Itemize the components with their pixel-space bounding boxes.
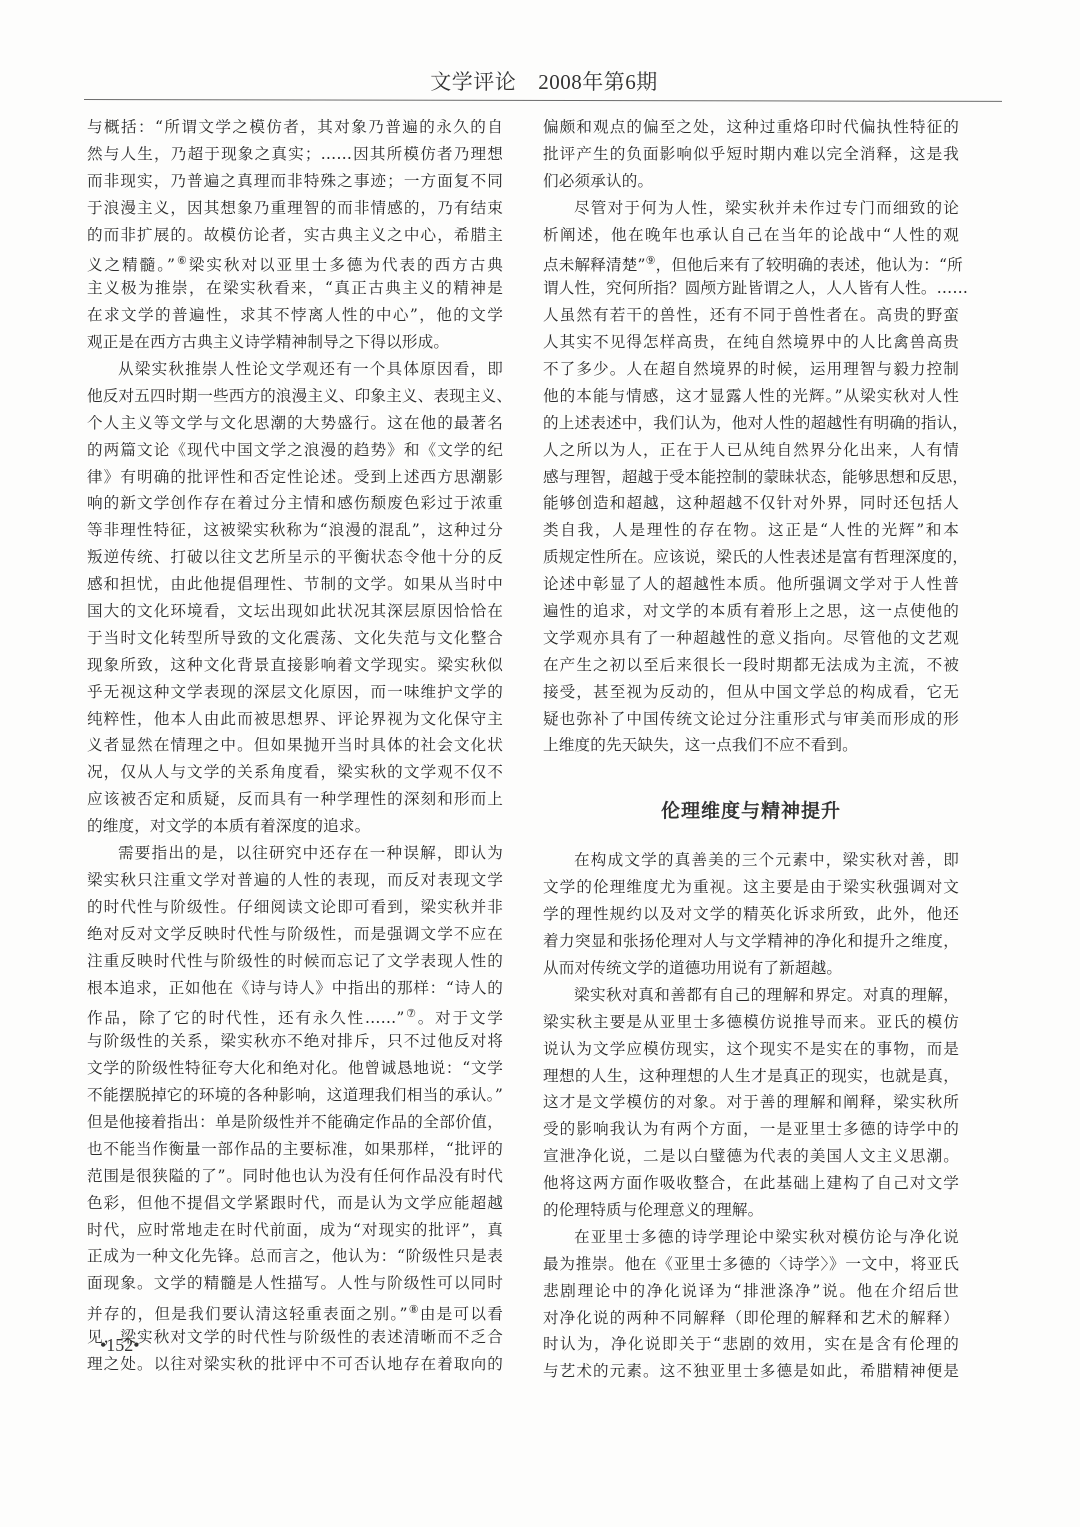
text-line: 注重反映时代性与阶级性的时候而忘记了文学表现人性的 (87, 948, 503, 975)
running-header: 文学评论2008年第6期 (84, 0, 1004, 106)
text-line: 他的本能与情感，这才显露人性的光辉。”从梁实秋对人性 (543, 383, 959, 410)
text-line: 偏颇和观点的偏至之处，这种过重烙印时代偏执性特征的 (543, 114, 959, 141)
footnote-marker: ⑥ (175, 254, 189, 267)
text-line: 的两篇文论《现代中国文学之浪漫的趋势》和《文学的纪 (87, 437, 503, 464)
text-line: 质规定性所在。应该说，梁氏的人性表述是富有哲理深度的， (543, 544, 959, 571)
text-line: 宣泄净化说，二是以白璧德为代表的美国人文主义思潮。 (543, 1143, 959, 1170)
right-column-body-after-heading: 在构成文学的真善美的三个元素中，梁实秋对善，即文学的伦理维度尤为重视。这主要是由… (543, 847, 959, 1385)
text-line: 与艺术的元素。这不独亚里士多德是如此，希腊精神便是 (543, 1358, 959, 1385)
text-line: 从而对传统文学的道德功用说有了新超越。 (543, 955, 959, 982)
journal-name: 文学评论 (430, 70, 516, 94)
text-line: 在亚里士多德的诗学理论中梁实秋对模仿论与净化说 (543, 1224, 959, 1251)
journal-issue: 2008年第6期 (538, 70, 658, 94)
footnote-marker: ⑧ (408, 1303, 420, 1316)
text-line: 应该被否定和质疑，反而具有一种学理性的深刻和形而上 (87, 786, 503, 813)
text-line: 们必须承认的。 (543, 168, 959, 195)
text-line: 感与理智，超越于受本能控制的蒙昧状态，能够思想和反思， (543, 464, 959, 491)
text-line: 人虽然有若干的兽性，还有不同于兽性者在。高贵的野蛮 (543, 302, 959, 329)
text-line: 律》有明确的批评性和否定性论述。受到上述西方思潮影 (87, 464, 503, 491)
text-line: 但是他接着指出：单是阶级性并不能确定作品的全部价值， (87, 1109, 503, 1136)
text-line: 析阐述，他在晚年也承认自己在当年的论战中“人性的观 (543, 222, 959, 249)
text-line: 也不能当作衡量一部作品的主要标准，如果那样，“批评的 (87, 1136, 503, 1163)
text-line: 尽管对于何为人性，梁实秋并未作过专门而细致的论 (543, 195, 959, 222)
text-line: 等非理性特征，这被梁实秋称为“浪漫的混乱”，这种过分 (87, 517, 503, 544)
text-line: 类自我，人是理性的存在物。这正是“人性的光辉”和本 (543, 517, 959, 544)
text-line: 乎无视这种文学表现的深层文化原因，而一味维护文学的 (87, 679, 503, 706)
header-divider (84, 99, 1002, 102)
text-line: 与阶级性的关系，梁实秋亦不绝对排斥，只不过他反对将 (87, 1028, 503, 1055)
right-text-column: 偏颇和观点的偏至之处，这种过重烙印时代偏执性特征的批评产生的负面影响似乎短时期内… (543, 114, 959, 1385)
text-line: 时代，应时常地走在时代前面，成为“对现实的批评”，真 (87, 1217, 503, 1244)
left-text-column: 与概括：“所谓文学之模仿者，其对象乃普遍的永久的自然与人生，乃超于现象之真实；…… (87, 114, 503, 1378)
text-line: 于浪漫主义，因其想象乃重理智的而非情感的，乃有结束 (87, 195, 503, 222)
text-line: 感和担忧，由此他提倡理性、节制的文学。如果从当时中 (87, 571, 503, 598)
text-line: 疑也弥补了中国传统文论过分注重形式与审美而形成的形 (543, 706, 959, 733)
text-line: 观正是在西方古典主义诗学精神制导之下得以形成。 (87, 329, 503, 356)
text-line: 义者显然在情理之中。但如果抛开当时具体的社会文化状 (87, 732, 503, 759)
text-line: 说认为文学应模仿现实，这个现实不是实在的事物，而是 (543, 1036, 959, 1063)
text-line: 文学观亦具有了一种超越性的意义指向。尽管他的文艺观 (543, 625, 959, 652)
text-line: 批评产生的负面影响似乎短时期内难以完全消释，这是我 (543, 141, 959, 168)
text-line: 遍性的追求，对文学的本质有着形上之思，这一点使他的 (543, 598, 959, 625)
text-line: 上维度的先天缺失，这一点我们不应不看到。 (543, 732, 959, 759)
text-line: 在构成文学的真善美的三个元素中，梁实秋对善，即 (543, 847, 959, 874)
text-line: 学的理性规约以及对文学的精英化诉求所致，此外，他还 (543, 901, 959, 928)
text-line: 这才是文学模仿的对象。对于善的理解和阐释，梁实秋所 (543, 1089, 959, 1116)
text-line: 作品，除了它的时代性，还有永久性……”⑦。对于文学 (87, 1001, 503, 1028)
text-line: 的而非扩展的。故模仿论者，实古典主义之中心，希腊主 (87, 222, 503, 249)
text-line: 的上述表述中，我们认为，他对人性的超越性有明确的指认， (543, 410, 959, 437)
text-line: 梁实秋只注重文学对普遍的人性的表现，而反对表现文学 (87, 867, 503, 894)
text-line: 叛逆传统、打破以往文艺所呈示的平衡状态令他十分的反 (87, 544, 503, 571)
text-line: 不了多少。人在超自然境界的时候，运用理智与毅力控制 (543, 356, 959, 383)
text-line: 个人主义等文学与文化思潮的大势盛行。这在他的最著名 (87, 410, 503, 437)
right-column-body-before-heading: 偏颇和观点的偏至之处，这种过重烙印时代偏执性特征的批评产生的负面影响似乎短时期内… (543, 114, 959, 759)
text-line: 论述中彰显了人的超越性本质。他所强调文学对于人性普 (543, 571, 959, 598)
text-line: 梁实秋对真和善都有自己的理解和界定。对真的理解， (543, 982, 959, 1009)
text-line: 悲剧理论中的净化说译为“排泄涤净”说。他在介绍后世 (543, 1278, 959, 1305)
text-line: 理之处。以往对梁实秋的批评中不可否认地存在着取向的 (87, 1351, 503, 1378)
text-line: 纯粹性，他本人由此而被思想界、评论界视为文化保守主 (87, 706, 503, 733)
text-line: 然与人生，乃超于现象之真实；……因其所模仿者乃理想 (87, 141, 503, 168)
text-line: 的伦理特质与伦理意义的理解。 (543, 1197, 959, 1224)
text-line: 文学的伦理维度尤为重视。这主要是由于梁实秋强调对文 (543, 874, 959, 901)
text-line: 接受，甚至视为反动的，但从中国文学总的构成看，它无 (543, 679, 959, 706)
text-line: 文学的阶级性特征夸大化和绝对化。他曾诚恳地说：“文学 (87, 1055, 503, 1082)
text-line: 时认为，净化说即关于“悲剧的效用，实在是含有伦理的 (543, 1331, 959, 1358)
text-line: 人之所以为人，正在于人已从纯自然界分化出来，人有情 (543, 437, 959, 464)
text-line: 不能摆脱掉它的环境的各种影响，这道理我们相当的承认。” (87, 1082, 503, 1109)
text-line: 根本追求，正如他在《诗与诗人》中指出的那样：“诗人的 (87, 975, 503, 1002)
text-line: 从梁实秋推崇人性论文学观还有一个具体原因看，即 (87, 356, 503, 383)
text-line: 他反对五四时期一些西方的浪漫主义、印象主义、表现主义、 (87, 383, 503, 410)
text-line: 人其实不见得怎样高贵，在纯自然境界中的人比禽兽高贵 (543, 329, 959, 356)
text-line: 绝对反对文学反映时代性与阶级性，而是强调文学不应在 (87, 921, 503, 948)
footnote-marker: ⑦ (405, 1007, 418, 1020)
text-line: 着力突显和张扬伦理对人与文学精神的净化和提升之维度， (543, 928, 959, 955)
text-line: 国大的文化环境看，文坛出现如此状况其深层原因恰恰在 (87, 598, 503, 625)
text-line: 的维度，对文学的本质有着深度的追求。 (87, 813, 503, 840)
text-line: 范围是很狭隘的了”。同时他也认为没有任何作品没有时代 (87, 1163, 503, 1190)
section-heading: 伦理维度与精神提升 (543, 781, 959, 841)
text-line: 点未解释清楚”⑨，但他后来有了较明确的表述，他认为：“所 (543, 248, 959, 275)
text-line: 现象所致，这种文化背景直接影响着文学现实。梁实秋似 (87, 652, 503, 679)
text-line: 而非现实，乃普遍之真理而非特殊之事迹；一方面复不同 (87, 168, 503, 195)
text-line: 与概括：“所谓文学之模仿者，其对象乃普遍的永久的自 (87, 114, 503, 141)
text-line: 面现象。文学的精髓是人性描写。人性与阶级性可以同时 (87, 1270, 503, 1297)
text-line: 需要指出的是，以往研究中还存在一种误解，即认为 (87, 840, 503, 867)
text-line: 义之精髓。”⑥梁实秋对以亚里士多德为代表的西方古典 (87, 248, 503, 275)
text-line: 在求文学的普遍性，求其不悖离人性的中心”，他的文学 (87, 302, 503, 329)
page-number: •152• (100, 1335, 140, 1356)
text-line: 对净化说的两种不同解释（即伦理的解释和艺术的解释） (543, 1305, 959, 1332)
text-line: 谓人性，究何所指？圆颅方趾皆谓之人，人人皆有人性。…… (543, 275, 959, 302)
text-line: 响的新文学创作存在着过分主情和感伤颓废色彩过于浓重 (87, 490, 503, 517)
text-line: 理想的人生，这种理想的人生才是真正的现实，也就是真， (543, 1063, 959, 1090)
text-line: 正成为一种文化先锋。总而言之，他认为：“阶级性只是表 (87, 1243, 503, 1270)
text-line: 能够创造和超越，这种超越不仅针对外界，同时还包括人 (543, 490, 959, 517)
footnote-marker: ⑨ (646, 254, 656, 267)
text-line: 况，仅从人与文学的关系角度看，梁实秋的文学观不仅不 (87, 759, 503, 786)
text-line: 梁实秋主要是从亚里士多德模仿说推导而来。亚氏的模仿 (543, 1009, 959, 1036)
text-line: 受的影响我认为有两个方面，一是亚里士多德的诗学中的 (543, 1116, 959, 1143)
journal-header-title: 文学评论2008年第6期 (84, 66, 1004, 96)
text-line: 在产生之初以至后来很长一段时期都无法成为主流，不被 (543, 652, 959, 679)
text-line: 于当时文化转型所导致的文化震荡、文化失范与文化整合 (87, 625, 503, 652)
text-line: 他将这两方面作吸收整合，在此基础上建构了自己对文学 (543, 1170, 959, 1197)
text-line: 色彩，但他不提倡文学紧跟时代，而是认为文学应能超越 (87, 1190, 503, 1217)
text-line: 见，梁实秋对文学的时代性与阶级性的表述清晰而不乏合 (87, 1324, 503, 1351)
text-line: 主义极为推崇，在梁实秋看来，“真正古典主义的精神是 (87, 275, 503, 302)
text-line: 并存的，但是我们要认清这轻重表面之别。”⑧由是可以看 (87, 1297, 503, 1324)
text-line: 最为推崇。他在《亚里士多德的〈诗学〉》一文中，将亚氏 (543, 1251, 959, 1278)
text-line: 的时代性与阶级性。仔细阅读文论即可看到，梁实秋并非 (87, 894, 503, 921)
